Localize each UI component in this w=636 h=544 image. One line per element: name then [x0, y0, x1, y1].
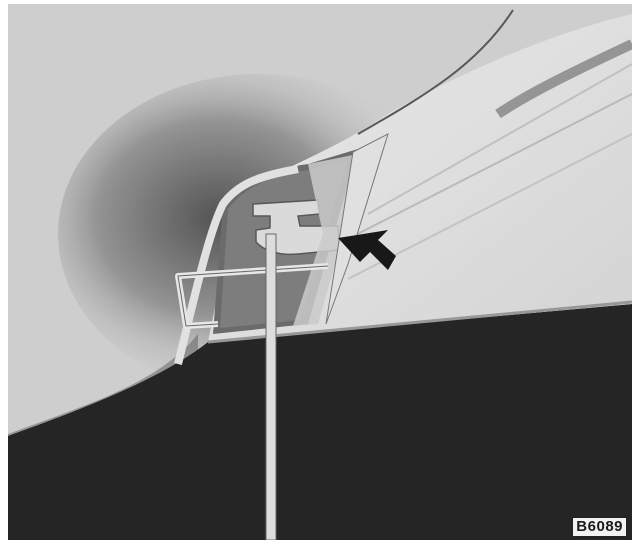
figure-label: B6089	[571, 516, 628, 538]
workshop-photo	[8, 4, 632, 540]
photo-illustration	[8, 4, 632, 540]
figure-frame: B6089	[0, 0, 636, 544]
